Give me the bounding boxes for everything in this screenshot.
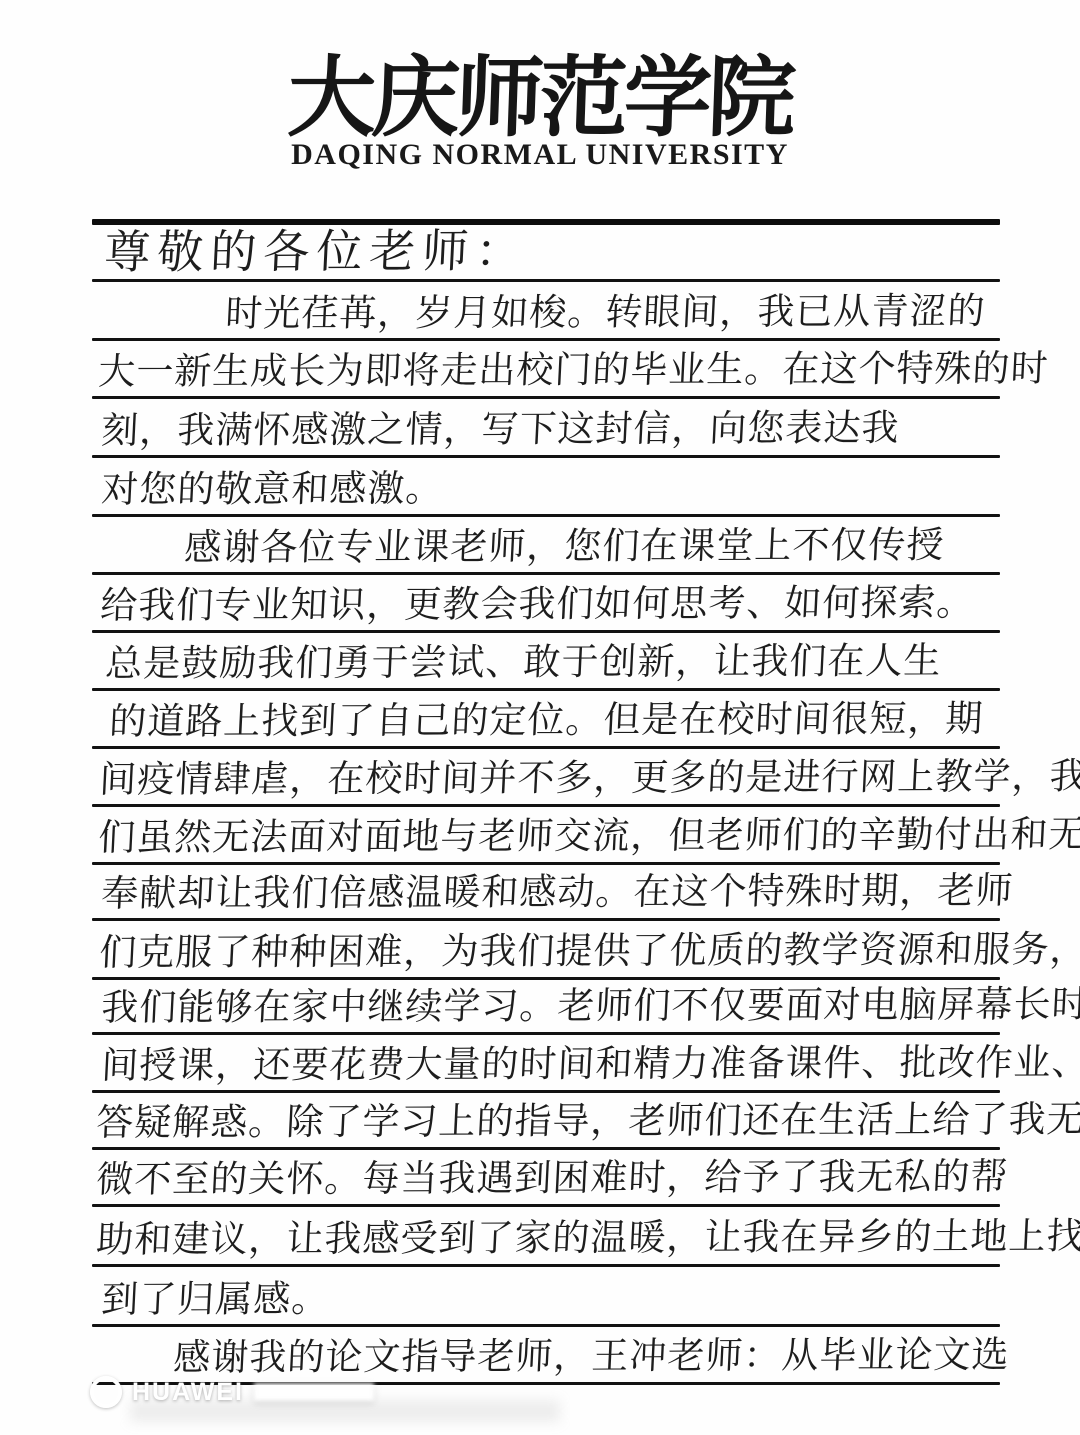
handwriting-line: 给我们专业知识，更教会我们如何思考、如何探索。 bbox=[99, 577, 976, 634]
watermark-brand-text: HUAWEI bbox=[132, 1378, 244, 1407]
handwriting-line: 的道路上找到了自己的定位。但是在校时间很短，期 bbox=[108, 693, 985, 750]
handwriting-line: 助和建议，让我感受到了家的温暖，让我在异乡的土地上找 bbox=[95, 1211, 1080, 1268]
handwriting-line: 间授课，还要花费大量的时间和精力准备课件、批改作业、 bbox=[100, 1037, 1080, 1094]
handwriting-line: 微不至的关怀。每当我遇到困难时，给予了我无私的帮 bbox=[95, 1151, 1010, 1208]
handwriting-line: 间疫情肆虐，在校时间并不多，更多的是进行网上教学，我 bbox=[98, 751, 1080, 808]
handwriting-line: 感谢各位专业课老师，您们在课堂上不仅传授 bbox=[183, 519, 946, 576]
camera-watermark: HUAWEI bbox=[90, 1372, 374, 1412]
handwriting-line: 对您的敬意和感激。 bbox=[100, 463, 445, 518]
handwriting-line: 总是鼓励我们勇于尝试、敢于创新，让我们在人生 bbox=[104, 635, 943, 692]
huawei-logo-icon bbox=[90, 1376, 122, 1408]
handwriting-line: 尊敬的各位老师： bbox=[103, 225, 530, 280]
watermark-illegible-text bbox=[254, 1383, 374, 1401]
university-name-chinese: 大庆师范学院 bbox=[0, 28, 1080, 154]
handwriting-line: 大一新生成长为即将走出校门的毕业生。在这个特殊的时 bbox=[97, 343, 1050, 400]
university-name-english: DAQING NORMAL UNIVERSITY bbox=[0, 138, 1080, 172]
handwriting-line: 刻，我满怀感激之情，写下这封信，向您表达我 bbox=[100, 402, 901, 459]
handwriting-line: 奉献却让我们倍感温暖和感动。在这个特殊时期，老师 bbox=[100, 865, 1015, 922]
handwriting-line: 答疑解惑。除了学习上的指导，老师们还在生活上给了我无 bbox=[95, 1094, 1080, 1151]
handwriting-line: 们虽然无法面对面地与老师交流，但老师们的辛勤付出和无私 bbox=[97, 808, 1080, 866]
handwriting-line: 们克服了种种困难，为我们提供了优质的教学资源和服务，让 bbox=[98, 923, 1080, 981]
handwriting-line: 到了归属感。 bbox=[100, 1273, 331, 1328]
handwriting-line: 时光荏苒，岁月如梭。转眼间，我已从青涩的 bbox=[224, 285, 987, 342]
handwriting-line: 我们能够在家中继续学习。老师们不仅要面对电脑屏幕长时 bbox=[100, 979, 1080, 1036]
scanned-letter-page: 大庆师范学院 DAQING NORMAL UNIVERSITY 尊敬的各位老师：… bbox=[0, 0, 1080, 1435]
